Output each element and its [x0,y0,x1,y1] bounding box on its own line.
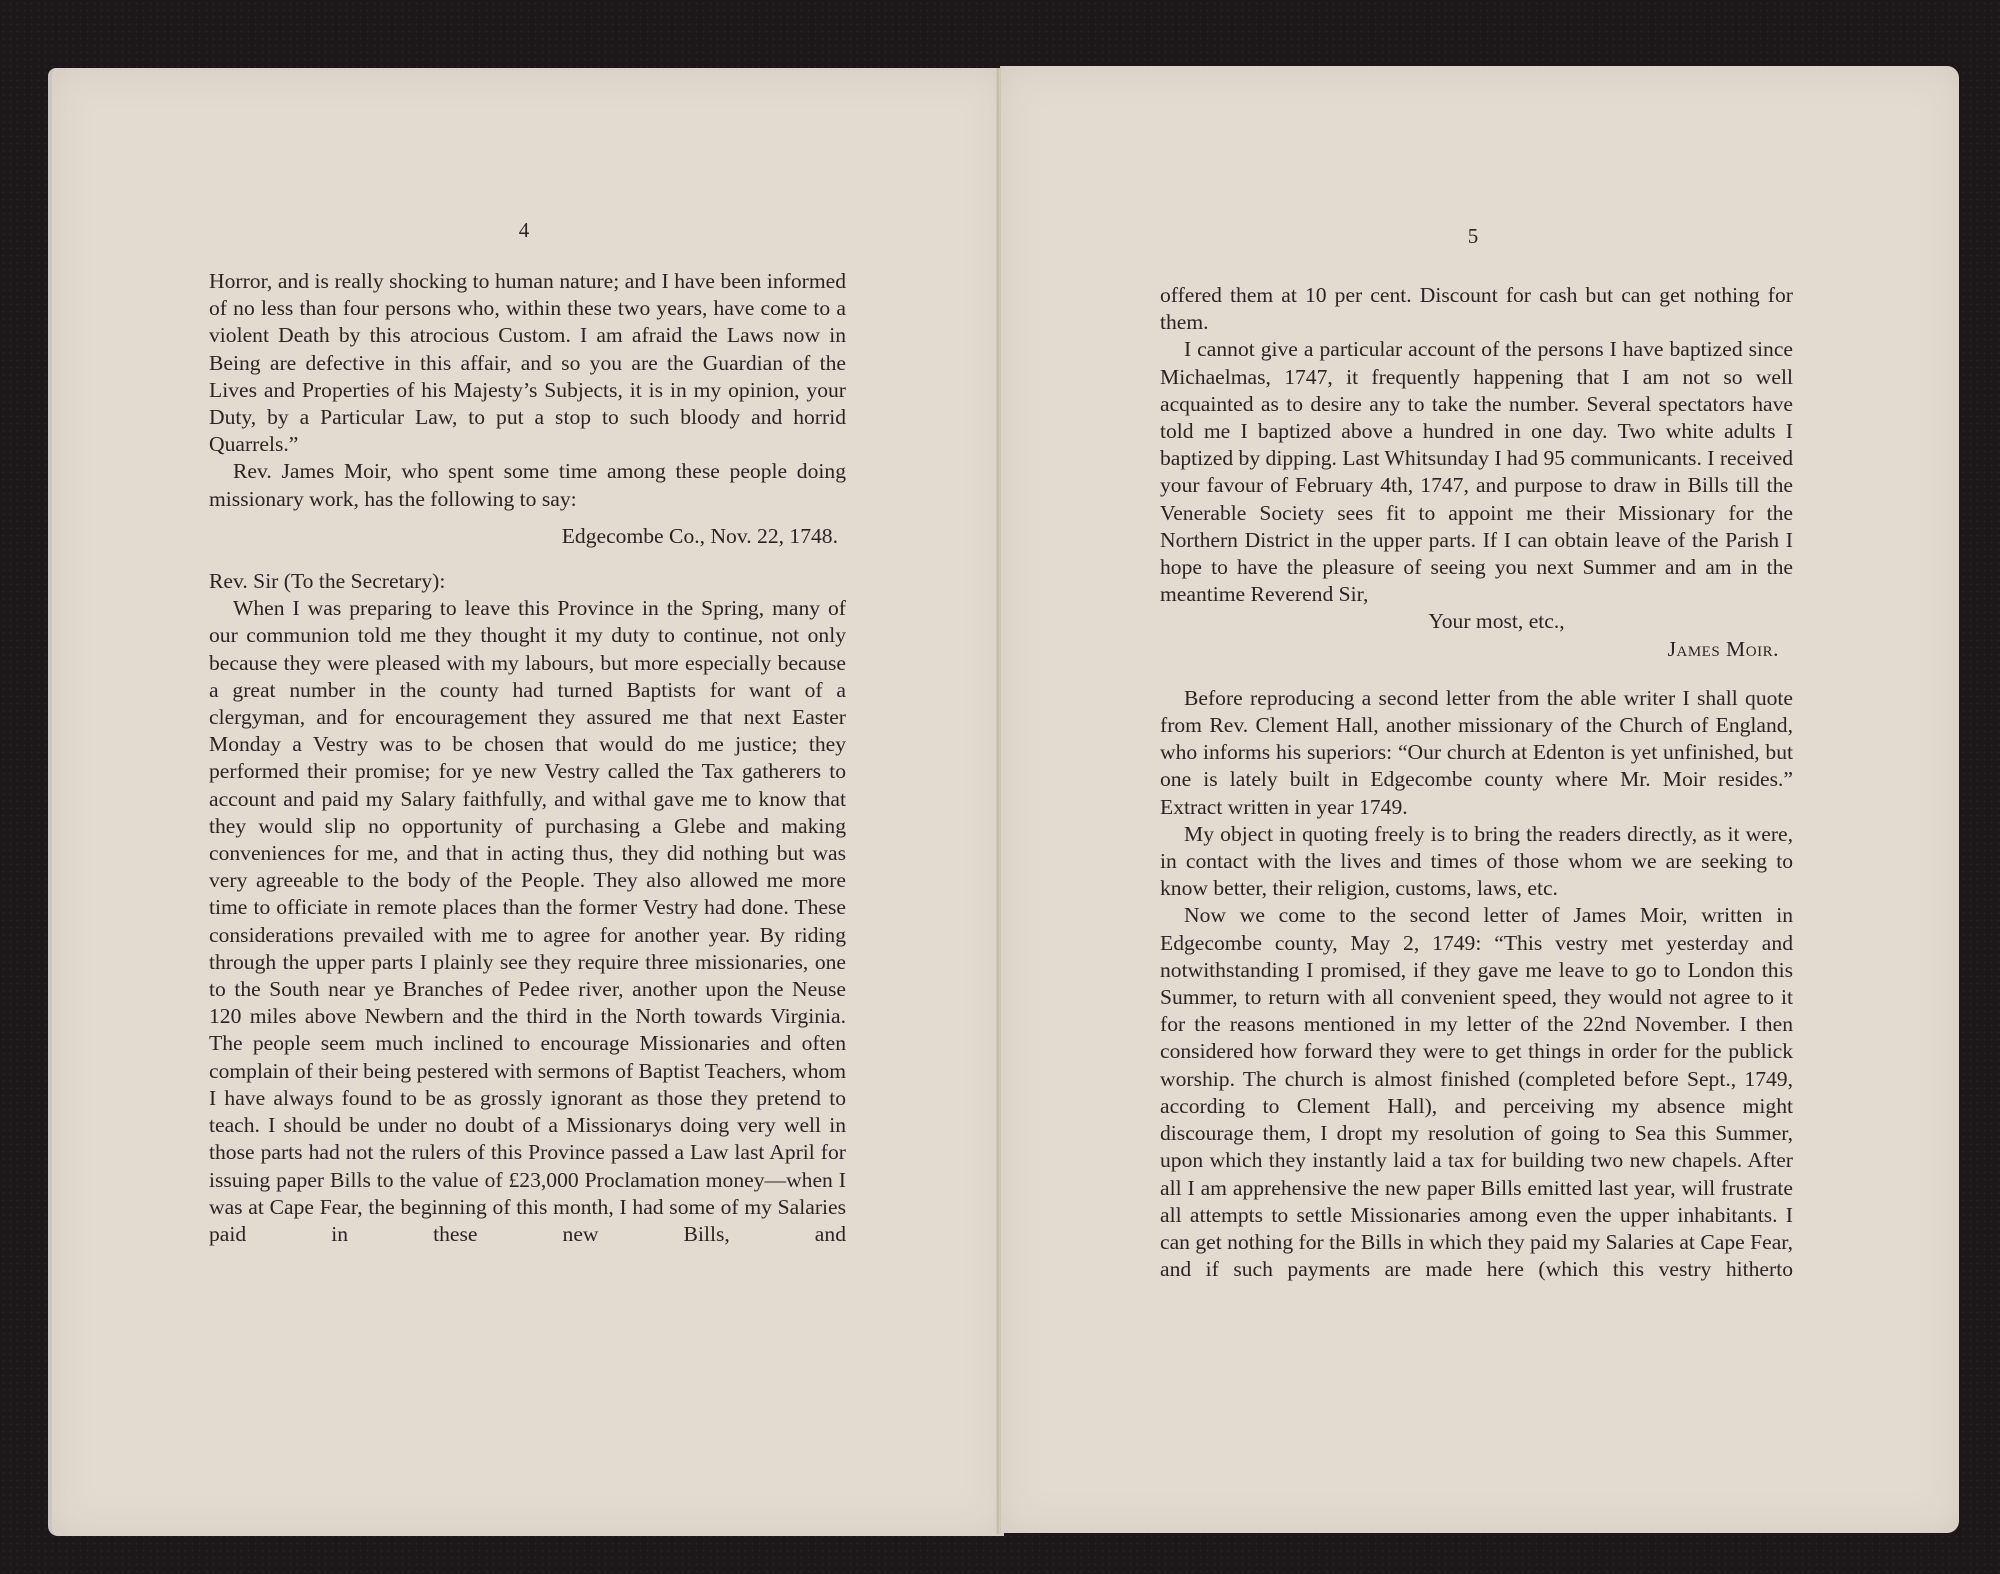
paragraph: Rev. James Moir, who spent some time amo… [209,458,846,512]
letter-dateline: Edgecombe Co., Nov. 22, 1748. [209,523,846,550]
book-gutter [996,68,1000,1534]
right-page-text: offered them at 10 per cent. Discount fo… [1160,282,1793,1283]
page-number-left: 4 [504,218,544,243]
paragraph: Now we come to the second letter of Jame… [1160,902,1793,1283]
left-page-text: Horror, and is really shocking to human … [209,268,846,1248]
letter-closing: Your most, etc., [1160,608,1793,635]
paragraph: My object in quoting freely is to bring … [1160,821,1793,903]
letter-signature: James Moir. [1160,636,1793,663]
paragraph: Before reproducing a second letter from … [1160,685,1793,821]
letter-paragraph: I cannot give a particular account of th… [1160,336,1793,608]
letter-salutation: Rev. Sir (To the Secretary): [209,568,846,595]
page-number-right: 5 [1453,224,1493,249]
paragraph: Horror, and is really shocking to human … [209,268,846,458]
letter-continuation: offered them at 10 per cent. Discount fo… [1160,282,1793,336]
letter-body: When I was preparing to leave this Provi… [209,595,846,1248]
